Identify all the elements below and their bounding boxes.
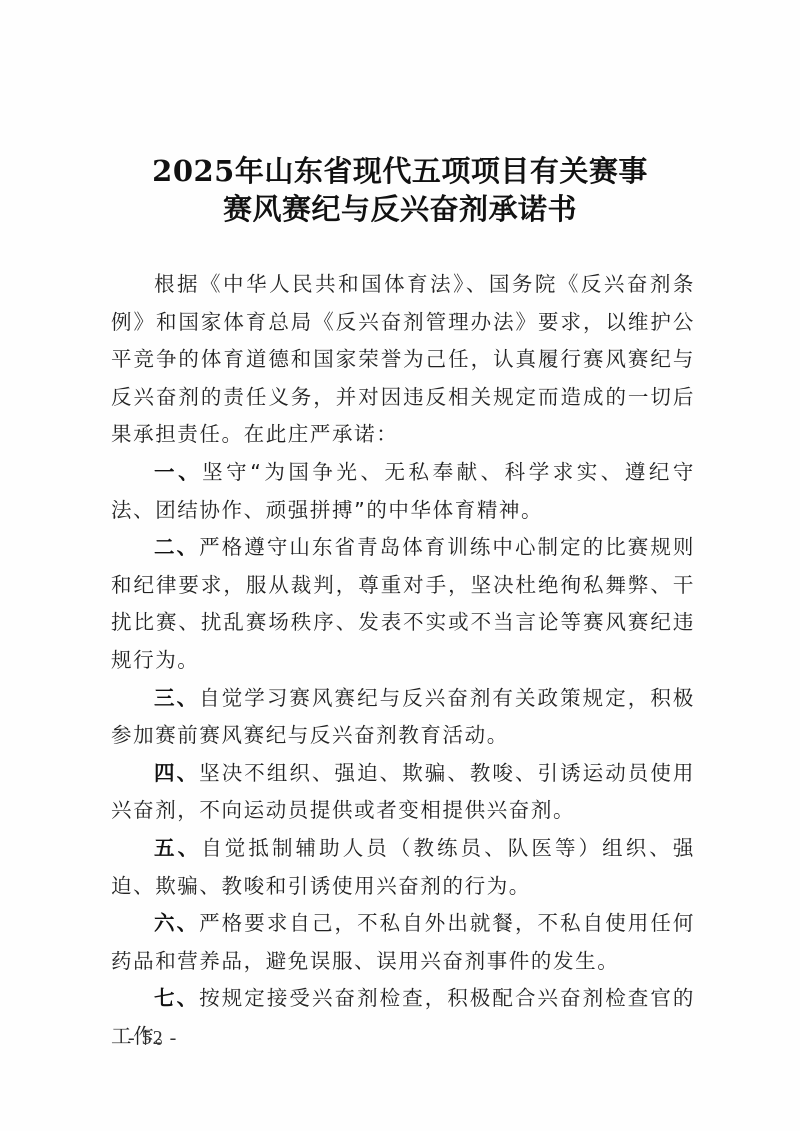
clause-text: 严格遵守山东省青岛体育训练中心制定的比赛规则和纪律要求，服从裁判，尊重对手，坚决… [111,535,695,672]
clause-4: 四、坚决不组织、强迫、欺骗、教唆、引诱运动员使用兴奋剂，不向运动员提供或者变相提… [111,755,695,830]
clause-text: 按规定接受兴奋剂检查，积极配合兴奋剂检查官的工作。 [111,986,695,1048]
clause-6: 六、严格要求自己，不私自外出就餐，不私自使用任何药品和营养品，避免误服、误用兴奋… [111,905,695,980]
title-line-1: 2025年山东省现代五项项目有关赛事 [0,152,800,190]
clause-text: 自觉学习赛风赛纪与反兴奋剂有关政策规定，积极参加赛前赛风赛纪与反兴奋剂教育活动。 [111,686,695,748]
clause-5: 五、自觉抵制辅助人员（教练员、队医等）组织、强迫、欺骗、教唆和引诱使用兴奋剂的行… [111,830,695,905]
clause-3: 三、自觉学习赛风赛纪与反兴奋剂有关政策规定，积极参加赛前赛风赛纪与反兴奋剂教育活… [111,680,695,755]
clause-number: 四、 [154,761,199,785]
clause-7: 七、按规定接受兴奋剂检查，积极配合兴奋剂检查官的工作。 [111,980,695,1055]
clause-number: 五、 [154,836,201,860]
document-page: 2025年山东省现代五项项目有关赛事 赛风赛纪与反兴奋剂承诺书 根据《中华人民共… [0,0,800,1131]
title-line-2: 赛风赛纪与反兴奋剂承诺书 [0,190,800,228]
clause-number: 二、 [154,535,199,559]
intro-paragraph: 根据《中华人民共和国体育法》、国务院《反兴奋剂条例》和国家体育总局《反兴奋剂管理… [111,266,695,454]
clause-number: 六、 [154,911,199,935]
document-body: 根据《中华人民共和国体育法》、国务院《反兴奋剂条例》和国家体育总局《反兴奋剂管理… [111,266,695,1055]
clause-text: 坚决不组织、强迫、欺骗、教唆、引诱运动员使用兴奋剂，不向运动员提供或者变相提供兴… [111,761,695,823]
page-number: - 52 - [128,1027,177,1050]
clause-number: 一、 [154,460,202,484]
document-title: 2025年山东省现代五项项目有关赛事 赛风赛纪与反兴奋剂承诺书 [0,152,800,228]
clause-text: 严格要求自己，不私自外出就餐，不私自使用任何药品和营养品，避免误服、误用兴奋剂事… [111,911,695,973]
clause-2: 二、严格遵守山东省青岛体育训练中心制定的比赛规则和纪律要求，服从裁判，尊重对手，… [111,529,695,679]
clause-1: 一、坚守“为国争光、无私奉献、科学求实、遵纪守法、团结协作、顽强拼搏”的中华体育… [111,454,695,529]
clause-number: 七、 [154,986,199,1010]
clause-number: 三、 [154,686,199,710]
